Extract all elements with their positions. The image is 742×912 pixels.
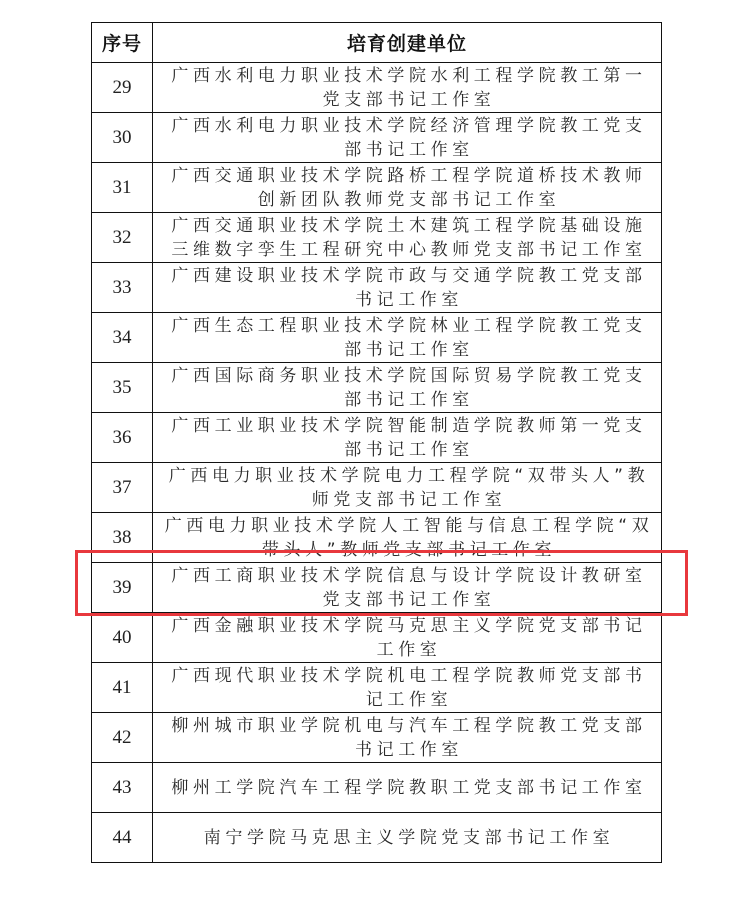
table-row: 44 南宁学院马克思主义学院党支部书记工作室 <box>92 813 662 863</box>
row-number: 44 <box>92 813 153 863</box>
table-row: 40 广西金融职业技术学院马克思主义学院党支部书记工作室 <box>92 613 662 663</box>
table-row: 35 广西国际商务职业技术学院国际贸易学院教工党支部书记工作室 <box>92 363 662 413</box>
row-number: 38 <box>92 513 153 563</box>
header-number: 序号 <box>92 23 153 63</box>
row-number: 42 <box>92 713 153 763</box>
table-row: 34 广西生态工程职业技术学院林业工程学院教工党支部书记工作室 <box>92 313 662 363</box>
row-unit: 广西电力职业技术学院人工智能与信息工程学院“双带头人”教师党支部书记工作室 <box>153 513 662 563</box>
row-number: 37 <box>92 463 153 513</box>
units-table: 序号 培育创建单位 29 广西水利电力职业技术学院水利工程学院教工第一党支部书记… <box>91 22 662 863</box>
table-row: 43 柳州工学院汽车工程学院教职工党支部书记工作室 <box>92 763 662 813</box>
table-row: 42 柳州城市职业学院机电与汽车工程学院教工党支部书记工作室 <box>92 713 662 763</box>
row-unit: 南宁学院马克思主义学院党支部书记工作室 <box>153 813 662 863</box>
row-number: 36 <box>92 413 153 463</box>
row-unit: 广西交通职业技术学院路桥工程学院道桥技术教师创新团队教师党支部书记工作室 <box>153 163 662 213</box>
row-unit: 广西建设职业技术学院市政与交通学院教工党支部书记工作室 <box>153 263 662 313</box>
row-number: 35 <box>92 363 153 413</box>
row-unit: 广西交通职业技术学院土木建筑工程学院基础设施三维数字孪生工程研究中心教师党支部书… <box>153 213 662 263</box>
table-row: 37 广西电力职业技术学院电力工程学院“双带头人”教师党支部书记工作室 <box>92 463 662 513</box>
row-number: 33 <box>92 263 153 313</box>
row-number: 40 <box>92 613 153 663</box>
row-number: 30 <box>92 113 153 163</box>
row-unit: 广西水利电力职业技术学院经济管理学院教工党支部书记工作室 <box>153 113 662 163</box>
table-row: 31 广西交通职业技术学院路桥工程学院道桥技术教师创新团队教师党支部书记工作室 <box>92 163 662 213</box>
table-row: 30 广西水利电力职业技术学院经济管理学院教工党支部书记工作室 <box>92 113 662 163</box>
row-number: 32 <box>92 213 153 263</box>
units-table-container: 序号 培育创建单位 29 广西水利电力职业技术学院水利工程学院教工第一党支部书记… <box>91 22 661 863</box>
row-unit: 广西现代职业技术学院机电工程学院教师党支部书记工作室 <box>153 663 662 713</box>
row-unit: 广西工商职业技术学院信息与设计学院设计教研室党支部书记工作室 <box>153 563 662 613</box>
row-unit: 广西生态工程职业技术学院林业工程学院教工党支部书记工作室 <box>153 313 662 363</box>
row-unit: 广西金融职业技术学院马克思主义学院党支部书记工作室 <box>153 613 662 663</box>
table-row: 29 广西水利电力职业技术学院水利工程学院教工第一党支部书记工作室 <box>92 63 662 113</box>
table-row: 33 广西建设职业技术学院市政与交通学院教工党支部书记工作室 <box>92 263 662 313</box>
table-row: 38 广西电力职业技术学院人工智能与信息工程学院“双带头人”教师党支部书记工作室 <box>92 513 662 563</box>
table-row: 41 广西现代职业技术学院机电工程学院教师党支部书记工作室 <box>92 663 662 713</box>
row-unit: 柳州工学院汽车工程学院教职工党支部书记工作室 <box>153 763 662 813</box>
row-number: 41 <box>92 663 153 713</box>
row-unit: 柳州城市职业学院机电与汽车工程学院教工党支部书记工作室 <box>153 713 662 763</box>
row-unit: 广西工业职业技术学院智能制造学院教师第一党支部书记工作室 <box>153 413 662 463</box>
header-unit: 培育创建单位 <box>153 23 662 63</box>
row-unit: 广西水利电力职业技术学院水利工程学院教工第一党支部书记工作室 <box>153 63 662 113</box>
table-row-highlighted: 39 广西工商职业技术学院信息与设计学院设计教研室党支部书记工作室 <box>92 563 662 613</box>
row-number: 43 <box>92 763 153 813</box>
row-number: 39 <box>92 563 153 613</box>
row-number: 29 <box>92 63 153 113</box>
row-unit: 广西国际商务职业技术学院国际贸易学院教工党支部书记工作室 <box>153 363 662 413</box>
row-number: 31 <box>92 163 153 213</box>
row-number: 34 <box>92 313 153 363</box>
table-row: 36 广西工业职业技术学院智能制造学院教师第一党支部书记工作室 <box>92 413 662 463</box>
row-unit: 广西电力职业技术学院电力工程学院“双带头人”教师党支部书记工作室 <box>153 463 662 513</box>
table-row: 32 广西交通职业技术学院土木建筑工程学院基础设施三维数字孪生工程研究中心教师党… <box>92 213 662 263</box>
table-header-row: 序号 培育创建单位 <box>92 23 662 63</box>
